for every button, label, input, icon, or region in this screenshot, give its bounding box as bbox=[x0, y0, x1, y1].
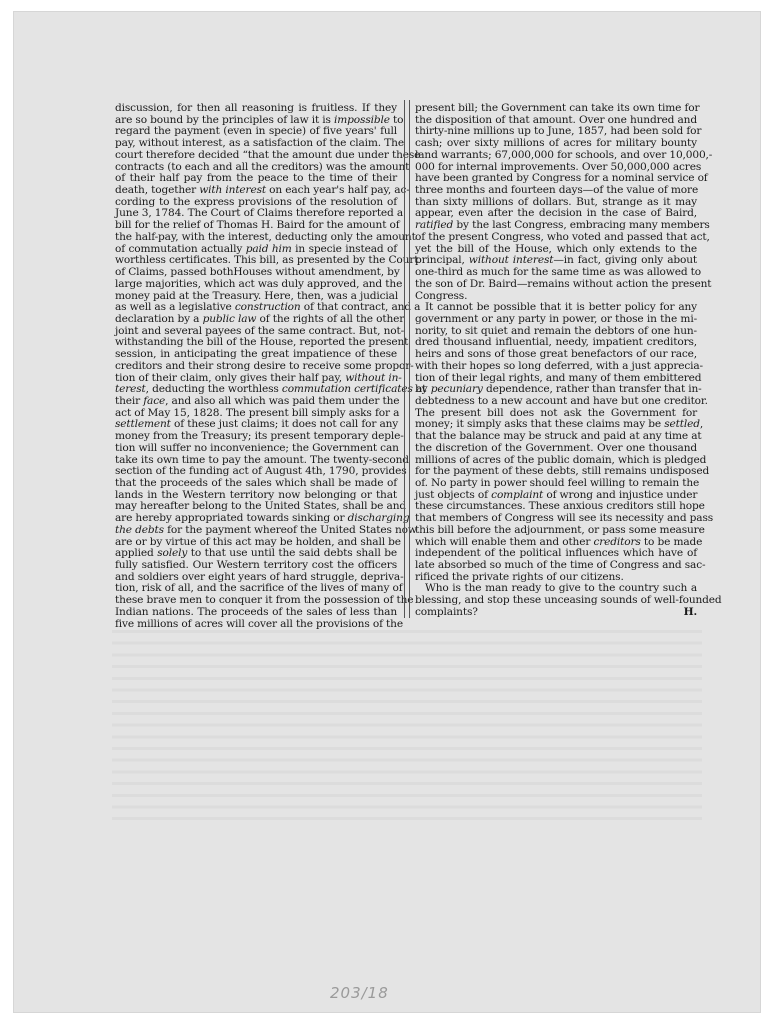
text-segment: the son of Dr. Baird—remains without act… bbox=[415, 278, 711, 290]
italic-text: pecuniary bbox=[431, 383, 483, 395]
text-segment: lands in the Western territory now belon… bbox=[115, 489, 397, 501]
text-segment: are so bound by the principles of law it… bbox=[115, 114, 334, 126]
italic-text: creditors bbox=[593, 536, 640, 548]
text-segment: contracts (to each and all the creditors… bbox=[115, 161, 409, 173]
italic-text: settled bbox=[664, 418, 700, 430]
text-segment: of the rights of all the other bbox=[256, 313, 404, 325]
text-segment: that the balance may be struck and paid … bbox=[415, 430, 702, 442]
italic-text: without interest bbox=[469, 254, 554, 266]
text-segment: of. No party in power should feel willin… bbox=[415, 477, 699, 489]
italic-text: public law bbox=[203, 313, 257, 325]
text-segment: for the payment of these debts, still re… bbox=[415, 465, 709, 477]
author-signature: H. bbox=[684, 607, 697, 619]
text-segment: on each year's half pay, ac- bbox=[266, 184, 410, 196]
text-segment: the discretion of the Government. Over o… bbox=[415, 442, 697, 454]
text-segment: for the payment whereof the United State… bbox=[164, 524, 417, 536]
text-segment: debtedness to a new account and have but… bbox=[415, 395, 708, 407]
text-segment: have been granted by Congress for a nomi… bbox=[415, 172, 708, 184]
text-segment: regard the payment (even in specie) of f… bbox=[115, 125, 397, 137]
text-segment: and soldiers over eight years of hard st… bbox=[115, 571, 404, 583]
text-segment: yet the bill of the House, which only ex… bbox=[415, 243, 697, 255]
text-segment: may hereafter belong to the United State… bbox=[115, 500, 406, 512]
text-segment: heirs and sons of those great benefactor… bbox=[415, 348, 697, 360]
text-segment: of their half pay from the peace to the … bbox=[115, 172, 397, 184]
text-segment: money from the Treasury; its present tem… bbox=[115, 430, 404, 442]
handwritten-catalog-number: 203/18 bbox=[330, 984, 389, 1002]
text-segment: cash; over sixty millions of acres for m… bbox=[415, 137, 697, 149]
text-segment: , and also all which was paid them under… bbox=[165, 395, 399, 407]
text-segment: tion, risk of all, and the sacrifice of … bbox=[115, 582, 403, 594]
italic-text: the debts bbox=[115, 524, 164, 536]
text-segment: complaints? bbox=[415, 606, 478, 618]
text-segment: rificed the private rights of our citize… bbox=[415, 571, 624, 583]
text-segment: that the proceeds of the sales which sha… bbox=[115, 477, 397, 489]
text-segment: tion of their claim, only gives their ha… bbox=[115, 372, 345, 384]
italic-text: commutation certificates bbox=[282, 383, 413, 395]
italic-text: face bbox=[143, 395, 165, 407]
text-segment: by bbox=[415, 383, 431, 395]
text-segment: these circumstances. These anxious credi… bbox=[415, 500, 705, 512]
text-segment: tion will suffer no inconvenience; the G… bbox=[115, 442, 399, 454]
text-segment: of commutation actually bbox=[115, 243, 246, 255]
text-segment: government or any party in power, or tho… bbox=[415, 313, 697, 325]
text-segment: Indian nations. The proceeds of the sale… bbox=[115, 606, 397, 618]
text-segment: applied bbox=[115, 547, 157, 559]
text-segment: are or by virtue of this act may be hold… bbox=[115, 536, 401, 548]
text-segment: creditors and their strong desire to rec… bbox=[115, 360, 414, 372]
text-segment: that members of Congress will see its ne… bbox=[415, 512, 713, 524]
text-segment: than sixty millions of dollars. But, str… bbox=[415, 196, 697, 208]
text-segment: worthless certificates. This bill, as pr… bbox=[115, 254, 418, 266]
text-segment: money; it simply asks that these claims … bbox=[415, 418, 664, 430]
text-segment: of Claims, passed bothHouses without ame… bbox=[115, 266, 400, 278]
text-segment: this bill before the adjournment, or pas… bbox=[415, 524, 705, 536]
text-segment: of these just claims; it does not call f… bbox=[171, 418, 398, 430]
text-segment: the disposition of that amount. Over one… bbox=[415, 114, 697, 126]
text-segment: to that use until the said debts shall b… bbox=[187, 547, 397, 559]
text-segment: 000 for internal improvements. Over 50,0… bbox=[415, 161, 701, 173]
text-segment: as well as a legislative bbox=[115, 301, 235, 313]
text-segment: just objects of bbox=[415, 489, 491, 501]
text-segment: discussion, for then all reasoning is fr… bbox=[115, 102, 397, 114]
text-segment: , bbox=[700, 418, 703, 430]
text-segment: the half-pay, with the interest, deducti… bbox=[115, 231, 416, 243]
text-segment: millions of acres of the public domain, … bbox=[415, 454, 706, 466]
text-segment: death, together bbox=[115, 184, 199, 196]
text-segment: late absorbed so much of the time of Con… bbox=[415, 559, 705, 571]
text-segment: session, in anticipating the great impat… bbox=[115, 348, 397, 360]
italic-text: paid him bbox=[246, 243, 292, 255]
text-segment: joint and several payees of the same con… bbox=[115, 325, 404, 337]
text-segment: fully satisfied. Our Western territory c… bbox=[115, 559, 397, 571]
italic-text: terest bbox=[115, 383, 146, 395]
italic-text: impossible bbox=[334, 114, 390, 126]
text-segment: large majorities, which act was duly app… bbox=[115, 278, 402, 290]
text-segment: their bbox=[115, 395, 143, 407]
italic-text: construction bbox=[235, 301, 301, 313]
text-segment: Who is the man ready to give to the coun… bbox=[425, 582, 697, 594]
text-segment: It cannot be possible that it is better … bbox=[425, 301, 697, 313]
text-segment: section of the funding act of August 4th… bbox=[115, 465, 407, 477]
italic-text: discharging bbox=[348, 512, 410, 524]
italic-text: without in- bbox=[345, 372, 402, 384]
text-segment: dependence, rather than transfer that in… bbox=[483, 383, 702, 395]
right-text-column: present bill; the Government can take it… bbox=[415, 103, 697, 619]
text-segment: , deducting the worthless bbox=[146, 383, 282, 395]
text-segment: appear, even after the decision in the c… bbox=[415, 207, 697, 219]
text-segment: —in fact, giving only about bbox=[553, 254, 697, 266]
text-segment: are hereby appropriated towards sinking … bbox=[115, 512, 348, 524]
text-segment: by the last Congress, embracing many mem… bbox=[453, 219, 709, 231]
text-segment: declaration by a bbox=[115, 313, 203, 325]
text-segment: of the present Congress, who voted and p… bbox=[415, 231, 710, 243]
text-segment: which will enable them and other bbox=[415, 536, 593, 548]
text-segment: to bbox=[390, 114, 404, 126]
text-segment: money paid at the Treasury. Here, then, … bbox=[115, 290, 398, 302]
text-segment: court therefore decided “that the amount… bbox=[115, 149, 420, 161]
text-segment: one-third as much for the same time as w… bbox=[415, 266, 701, 278]
document-page: discussion, for then all reasoning is fr… bbox=[14, 12, 760, 1012]
text-segment: tion of their legal rights, and many of … bbox=[415, 372, 701, 384]
text-segment: independent of the political influences … bbox=[415, 547, 697, 559]
text-segment: five millions of acres will cover all th… bbox=[115, 618, 403, 630]
text-segment: thirty-nine millions up to June, 1857, h… bbox=[415, 125, 701, 137]
text-segment: dred thousand influential, needy, impati… bbox=[415, 336, 697, 348]
italic-text: settlement bbox=[115, 418, 171, 430]
text-segment: in specie instead of bbox=[292, 243, 397, 255]
text-segment: of that contract, and a bbox=[301, 301, 421, 313]
italic-text: with interest bbox=[199, 184, 266, 196]
bleed-through-texture bbox=[112, 624, 702, 824]
italic-text: solely bbox=[157, 547, 187, 559]
text-line: complaints?H. bbox=[415, 607, 697, 619]
text-segment: act of May 15, 1828. The present bill si… bbox=[115, 407, 399, 419]
text-segment: June 3, 1784. The Court of Claims theref… bbox=[115, 207, 403, 219]
text-segment: to be made bbox=[641, 536, 703, 548]
left-text-column: discussion, for then all reasoning is fr… bbox=[115, 103, 397, 630]
text-segment: with their hopes so long deferred, with … bbox=[415, 360, 703, 372]
text-segment: present bill; the Government can take it… bbox=[415, 102, 699, 114]
text-segment: of wrong and injustice under bbox=[543, 489, 697, 501]
text-segment: these brave men to conquer it from the p… bbox=[115, 594, 413, 606]
text-segment: take its own time to pay the amount. The… bbox=[115, 454, 409, 466]
text-line: five millions of acres will cover all th… bbox=[115, 619, 397, 631]
text-segment: pay, without interest, as a satisfaction… bbox=[115, 137, 404, 149]
text-segment: The present bill does not ask the Govern… bbox=[415, 407, 697, 419]
column-divider-rule bbox=[404, 100, 410, 618]
text-segment: Congress. bbox=[415, 290, 467, 302]
text-segment: land warrants; 67,000,000 for schools, a… bbox=[415, 149, 712, 161]
italic-text: ratified bbox=[415, 219, 453, 231]
text-segment: blessing, and stop these unceasing sound… bbox=[415, 594, 722, 606]
text-segment: principal, bbox=[415, 254, 469, 266]
text-segment: bill for the relief of Thomas H. Baird f… bbox=[115, 219, 400, 231]
text-segment: withstanding the bill of the House, repo… bbox=[115, 336, 408, 348]
italic-text: complaint bbox=[491, 489, 543, 501]
text-segment: nority, to sit quiet and remain the debt… bbox=[415, 325, 697, 337]
text-segment: cording to the express provisions of the… bbox=[115, 196, 397, 208]
text-segment: three months and fourteen days—of the va… bbox=[415, 184, 698, 196]
